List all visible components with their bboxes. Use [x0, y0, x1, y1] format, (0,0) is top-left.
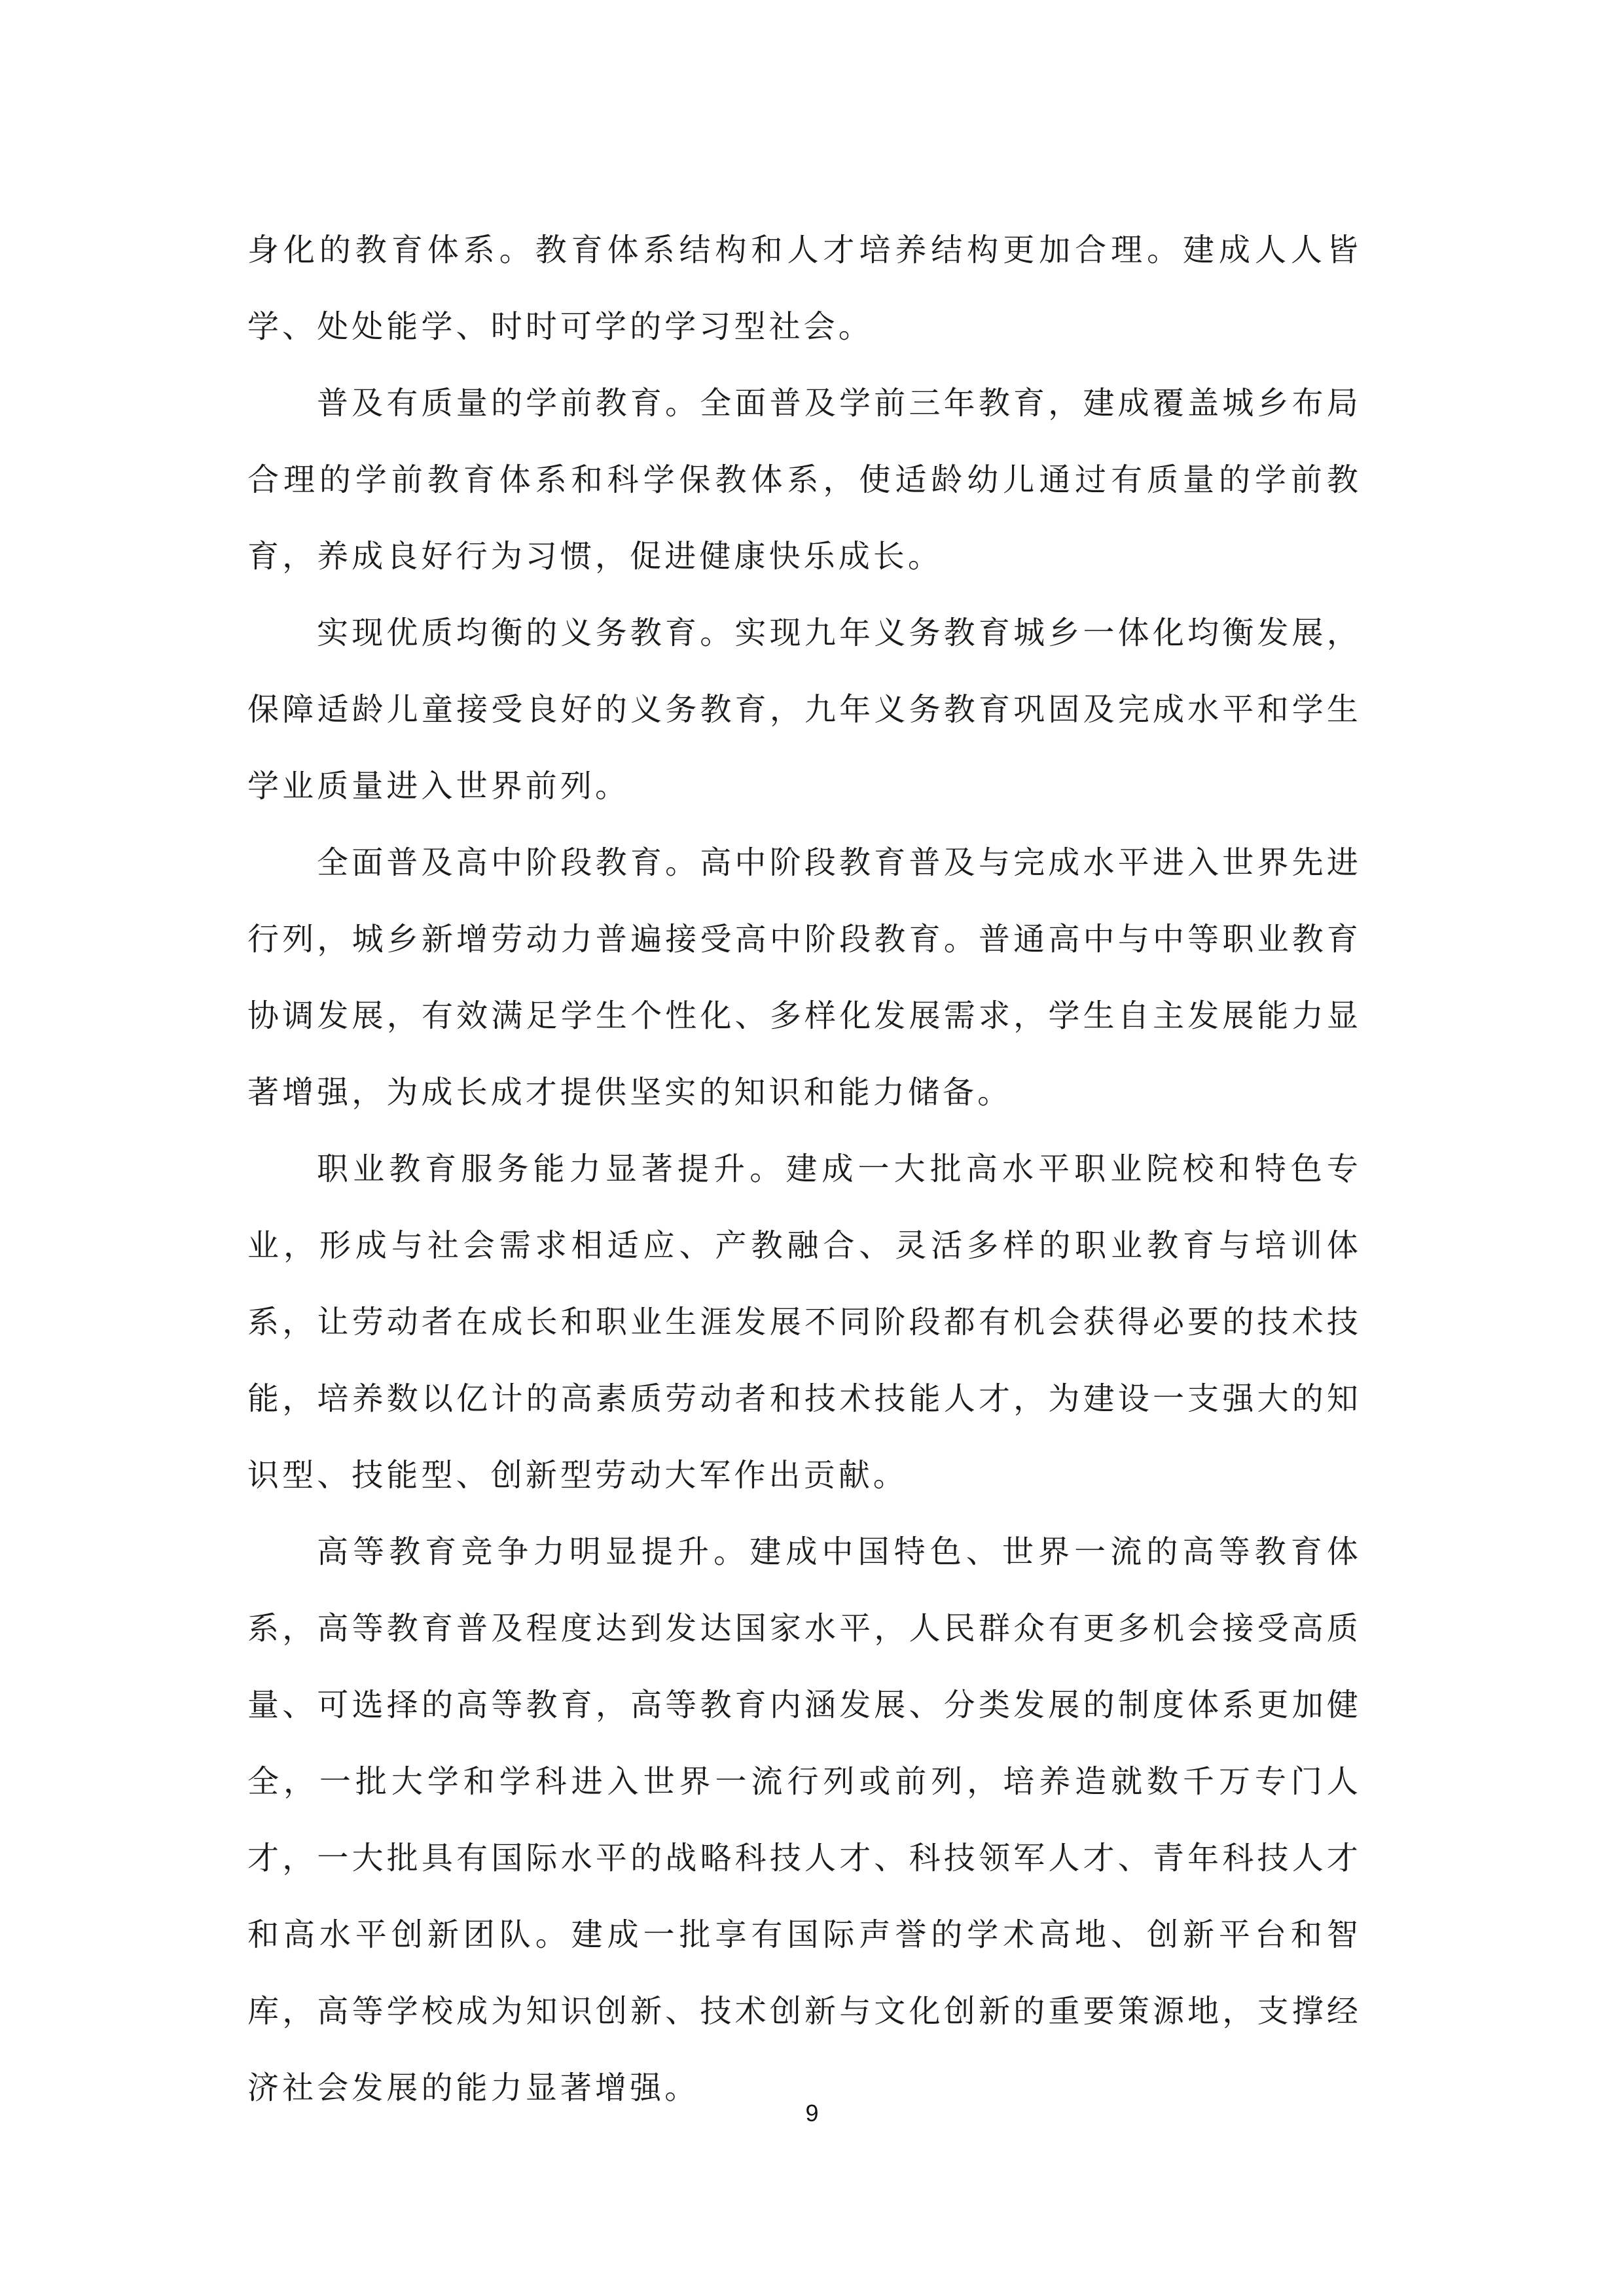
paragraph-vocational-education: 职业教育服务能力显著提升。建成一大批高水平职业院校和特色专业，形成与社会需求相适…: [247, 1131, 1362, 1514]
paragraph-compulsory-education: 实现优质均衡的义务教育。实现九年义务教育城乡一体化均衡发展，保障适龄儿童接受良好…: [247, 595, 1362, 825]
paragraph-higher-education: 高等教育竞争力明显提升。建成中国特色、世界一流的高等教育体系，高等教育普及程度达…: [247, 1514, 1362, 2126]
paragraph-preschool-education: 普及有质量的学前教育。全面普及学前三年教育，建成覆盖城乡布局合理的学前教育体系和…: [247, 365, 1362, 595]
body-text: 身化的教育体系。教育体系结构和人才培养结构更加合理。建成人人皆学、处处能学、时时…: [247, 212, 1362, 2126]
page-number: 9: [0, 2100, 1624, 2127]
document-page: 身化的教育体系。教育体系结构和人才培养结构更加合理。建成人人皆学、处处能学、时时…: [0, 0, 1624, 2296]
paragraph-high-school-education: 全面普及高中阶段教育。高中阶段教育普及与完成水平进入世界先进行列，城乡新增劳动力…: [247, 825, 1362, 1131]
paragraph-lifelong-learning-continued: 身化的教育体系。教育体系结构和人才培养结构更加合理。建成人人皆学、处处能学、时时…: [247, 212, 1362, 365]
